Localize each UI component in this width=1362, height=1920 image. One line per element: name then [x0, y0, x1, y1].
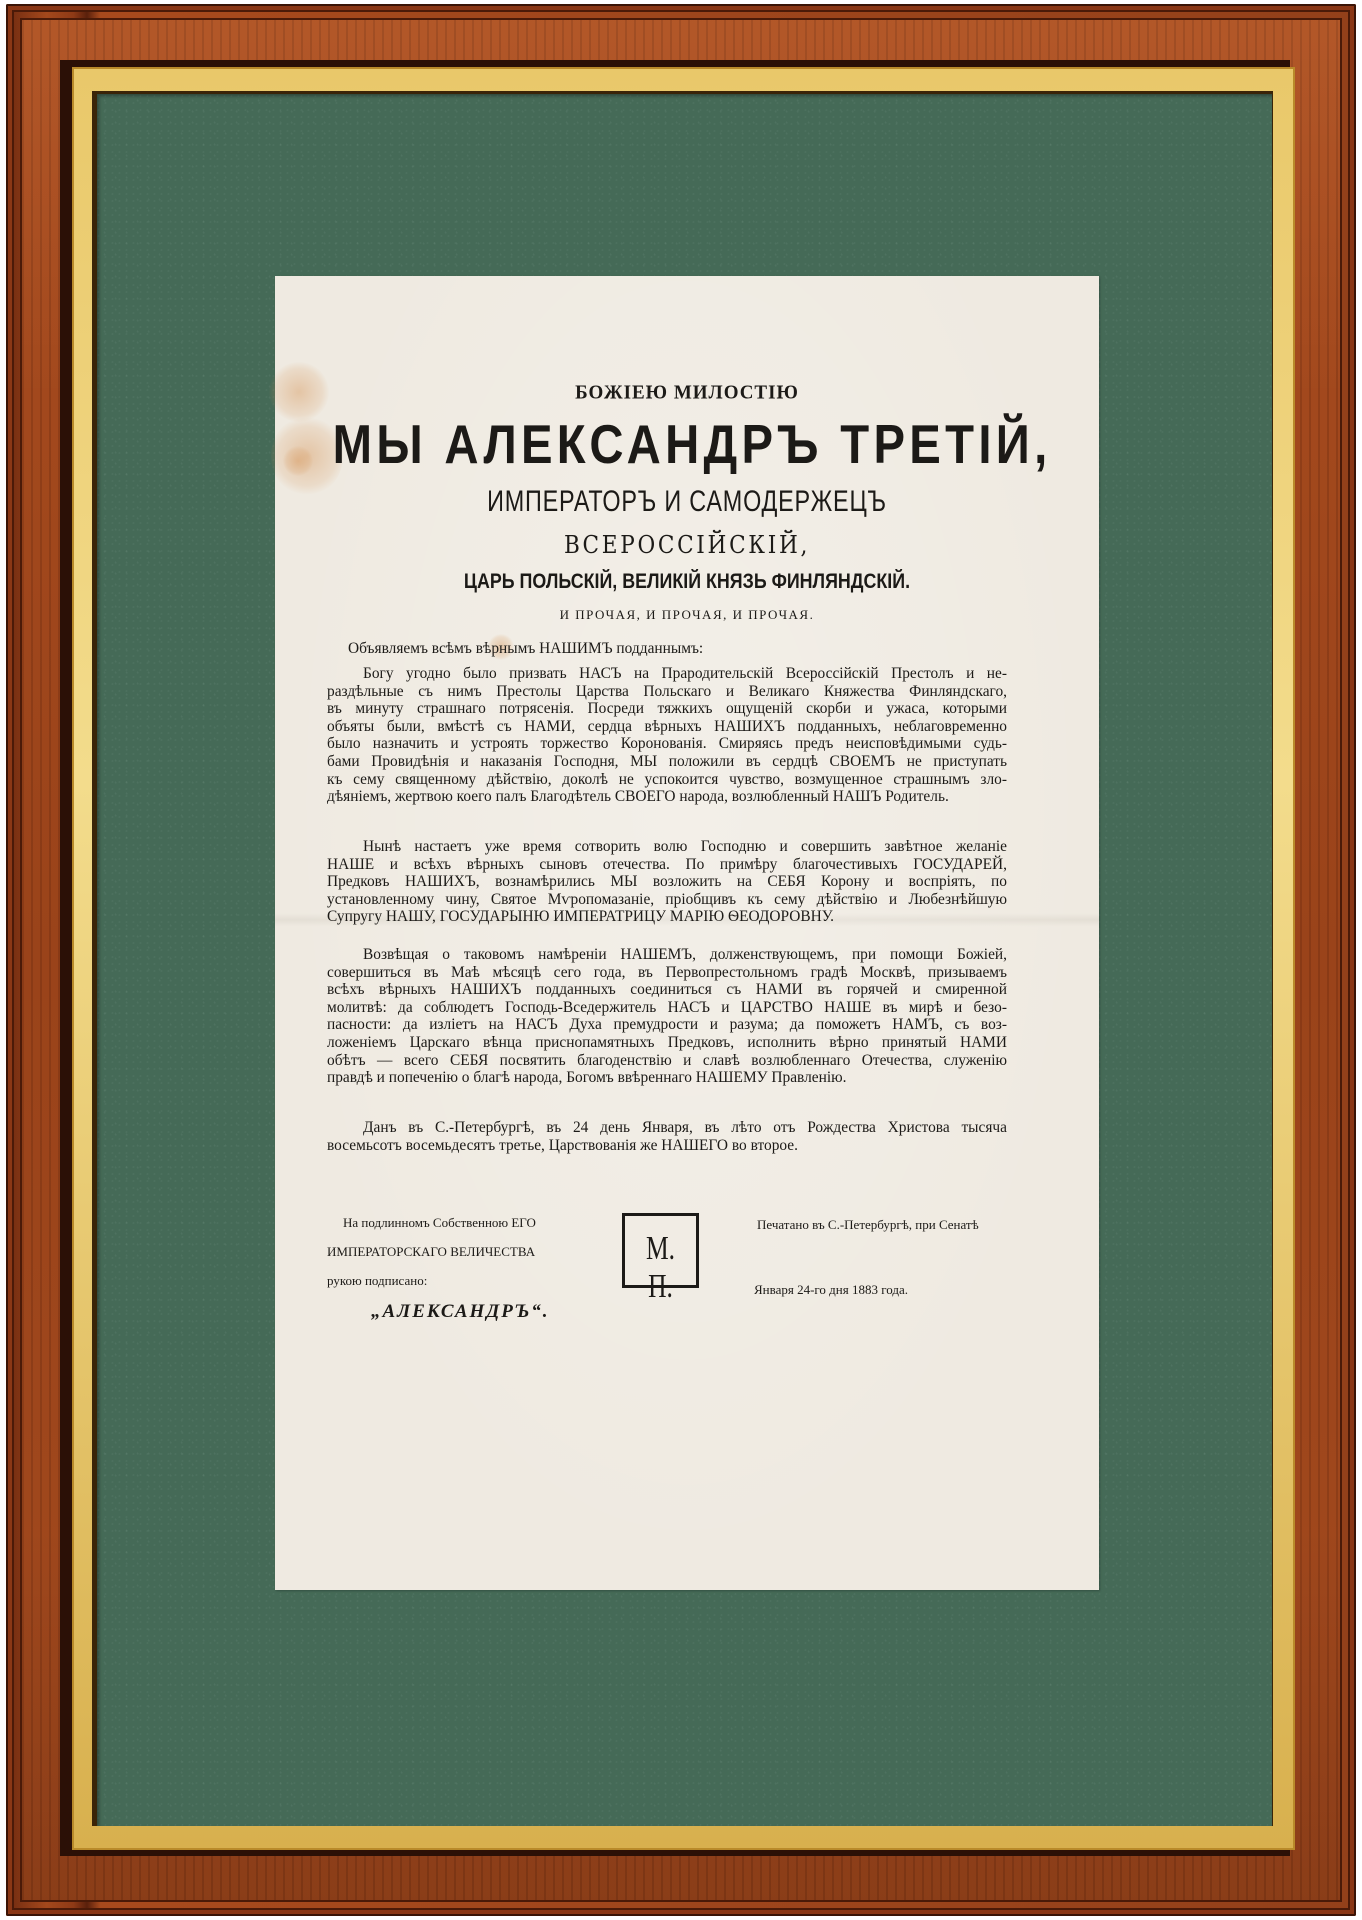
text-line: дѣяніемъ, жертвою коего палъ Благодѣтель… — [327, 788, 1007, 806]
paragraph-2: Нынѣ настаетъ уже время сотворить волю Г… — [327, 838, 1007, 926]
text-line: къ сему священному дѣйствію, доколѣ не у… — [327, 771, 1007, 789]
text-line: восемьсотъ восемьдесятъ третье, Царствов… — [327, 1137, 1007, 1155]
footer-print-date: Января 24-го дня 1883 года. — [754, 1282, 908, 1298]
seal-box: М. П. — [622, 1213, 699, 1288]
text-line: Предковъ НАШИХЪ, вознамѣрились МЫ возлож… — [327, 873, 1007, 891]
seal-text: М. П. — [634, 1230, 687, 1306]
text-line: ложеніемъ Царскаго вѣнца приснопамятныхъ… — [327, 1034, 1007, 1052]
footer-printed-at: Печатано въ С.-Петербургѣ, при Сенатѣ — [757, 1217, 979, 1233]
paragraph-3: Возвѣщая о таковомъ намѣреніи НАШЕМЪ, до… — [327, 946, 1007, 1087]
text-line: всѣхъ вѣрныхъ НАШИХЪ подданныхъ соединит… — [327, 981, 1007, 999]
imperial-signature: „АЛЕКСАНДРЪ“. — [371, 1301, 550, 1323]
paragraph-date: Данъ въ С.-Петербургѣ, въ 24 день Января… — [327, 1119, 1007, 1154]
heading-by-grace-of-god: БОЖІЕЮ МИЛОСТІЮ — [275, 381, 1099, 404]
heading-all-russian: ВСЕРОССІЙСКІЙ, — [316, 531, 1058, 559]
text-line: правдѣ и попеченію о благѣ народа, Богом… — [327, 1069, 1007, 1087]
text-line: пасности: да изліетъ на НАСЪ Духа премуд… — [327, 1016, 1007, 1034]
footer-original-signed-line3: рукою подписано: — [327, 1273, 427, 1289]
announcement: Объявляемъ всѣмъ вѣрнымъ НАШИМЪ подданны… — [348, 640, 703, 658]
text-line: бами Провидѣнія и наказанія Господня, МЫ… — [327, 753, 1007, 771]
text-line: объяты были, вмѣстѣ съ НАМИ, сердца вѣрн… — [327, 718, 1007, 736]
text-line: Супругу НАШУ, ГОСУДАРЫНЮ ИМПЕРАТРИЦУ МАР… — [327, 908, 1007, 926]
text-line: Богу угодно было призвать НАСЪ на Прарод… — [327, 665, 1007, 683]
text-line: Данъ въ С.-Петербургѣ, въ 24 день Января… — [327, 1119, 1007, 1137]
heading-emperor: ИМПЕРАТОРЪ И САМОДЕРЖЕЦЪ — [366, 486, 1009, 518]
text-line: Нынѣ настаетъ уже время сотворить волю Г… — [327, 838, 1007, 856]
text-line: было назначить и устроять торжество Коро… — [327, 735, 1007, 753]
text-line: обѣтъ — всего СЕБЯ посвятить благоденств… — [327, 1052, 1007, 1070]
paragraph-1: Богу угодно было призвать НАСЪ на Прарод… — [327, 665, 1007, 806]
text-line: установленному чину, Святое Мѵропомазані… — [327, 891, 1007, 909]
heading-title: МЫ АЛЕКСАНДРЪ ТРЕТІЙ, — [333, 416, 1042, 472]
text-line: Возвѣщая о таковомъ намѣреніи НАШЕМЪ, до… — [327, 946, 1007, 964]
text-line: въ минуту страшнаго потрясенія. Посреди … — [327, 700, 1007, 718]
text-line: НАШЕ и всѣхъ вѣрныхъ сыновъ отечества. П… — [327, 856, 1007, 874]
water-stain — [283, 446, 313, 476]
text-line: молитвѣ: да соблюдетъ Господь-Вседержите… — [327, 999, 1007, 1017]
text-line: совершиться въ Маѣ мѣсяцѣ сего года, въ … — [327, 964, 1007, 982]
footer-original-signed-line2: ИМПЕРАТОРСКАГО ВЕЛИЧЕСТВА — [327, 1244, 535, 1260]
footer-original-signed-line1: На подлинномъ Собственною ЕГО — [343, 1215, 536, 1231]
text-line: раздѣльные съ нимъ Престолы Царства Поль… — [327, 683, 1007, 701]
manifesto-document: БОЖІЕЮ МИЛОСТІЮ МЫ АЛЕКСАНДРЪ ТРЕТІЙ, ИМ… — [275, 276, 1099, 1590]
heading-etcetera: И ПРОЧАЯ, И ПРОЧАЯ, И ПРОЧАЯ. — [275, 607, 1099, 623]
heading-tsar-of-poland: ЦАРЬ ПОЛЬСКІЙ, ВЕЛИКІЙ КНЯЗЬ ФИНЛЯНДСКІЙ… — [337, 570, 1037, 594]
